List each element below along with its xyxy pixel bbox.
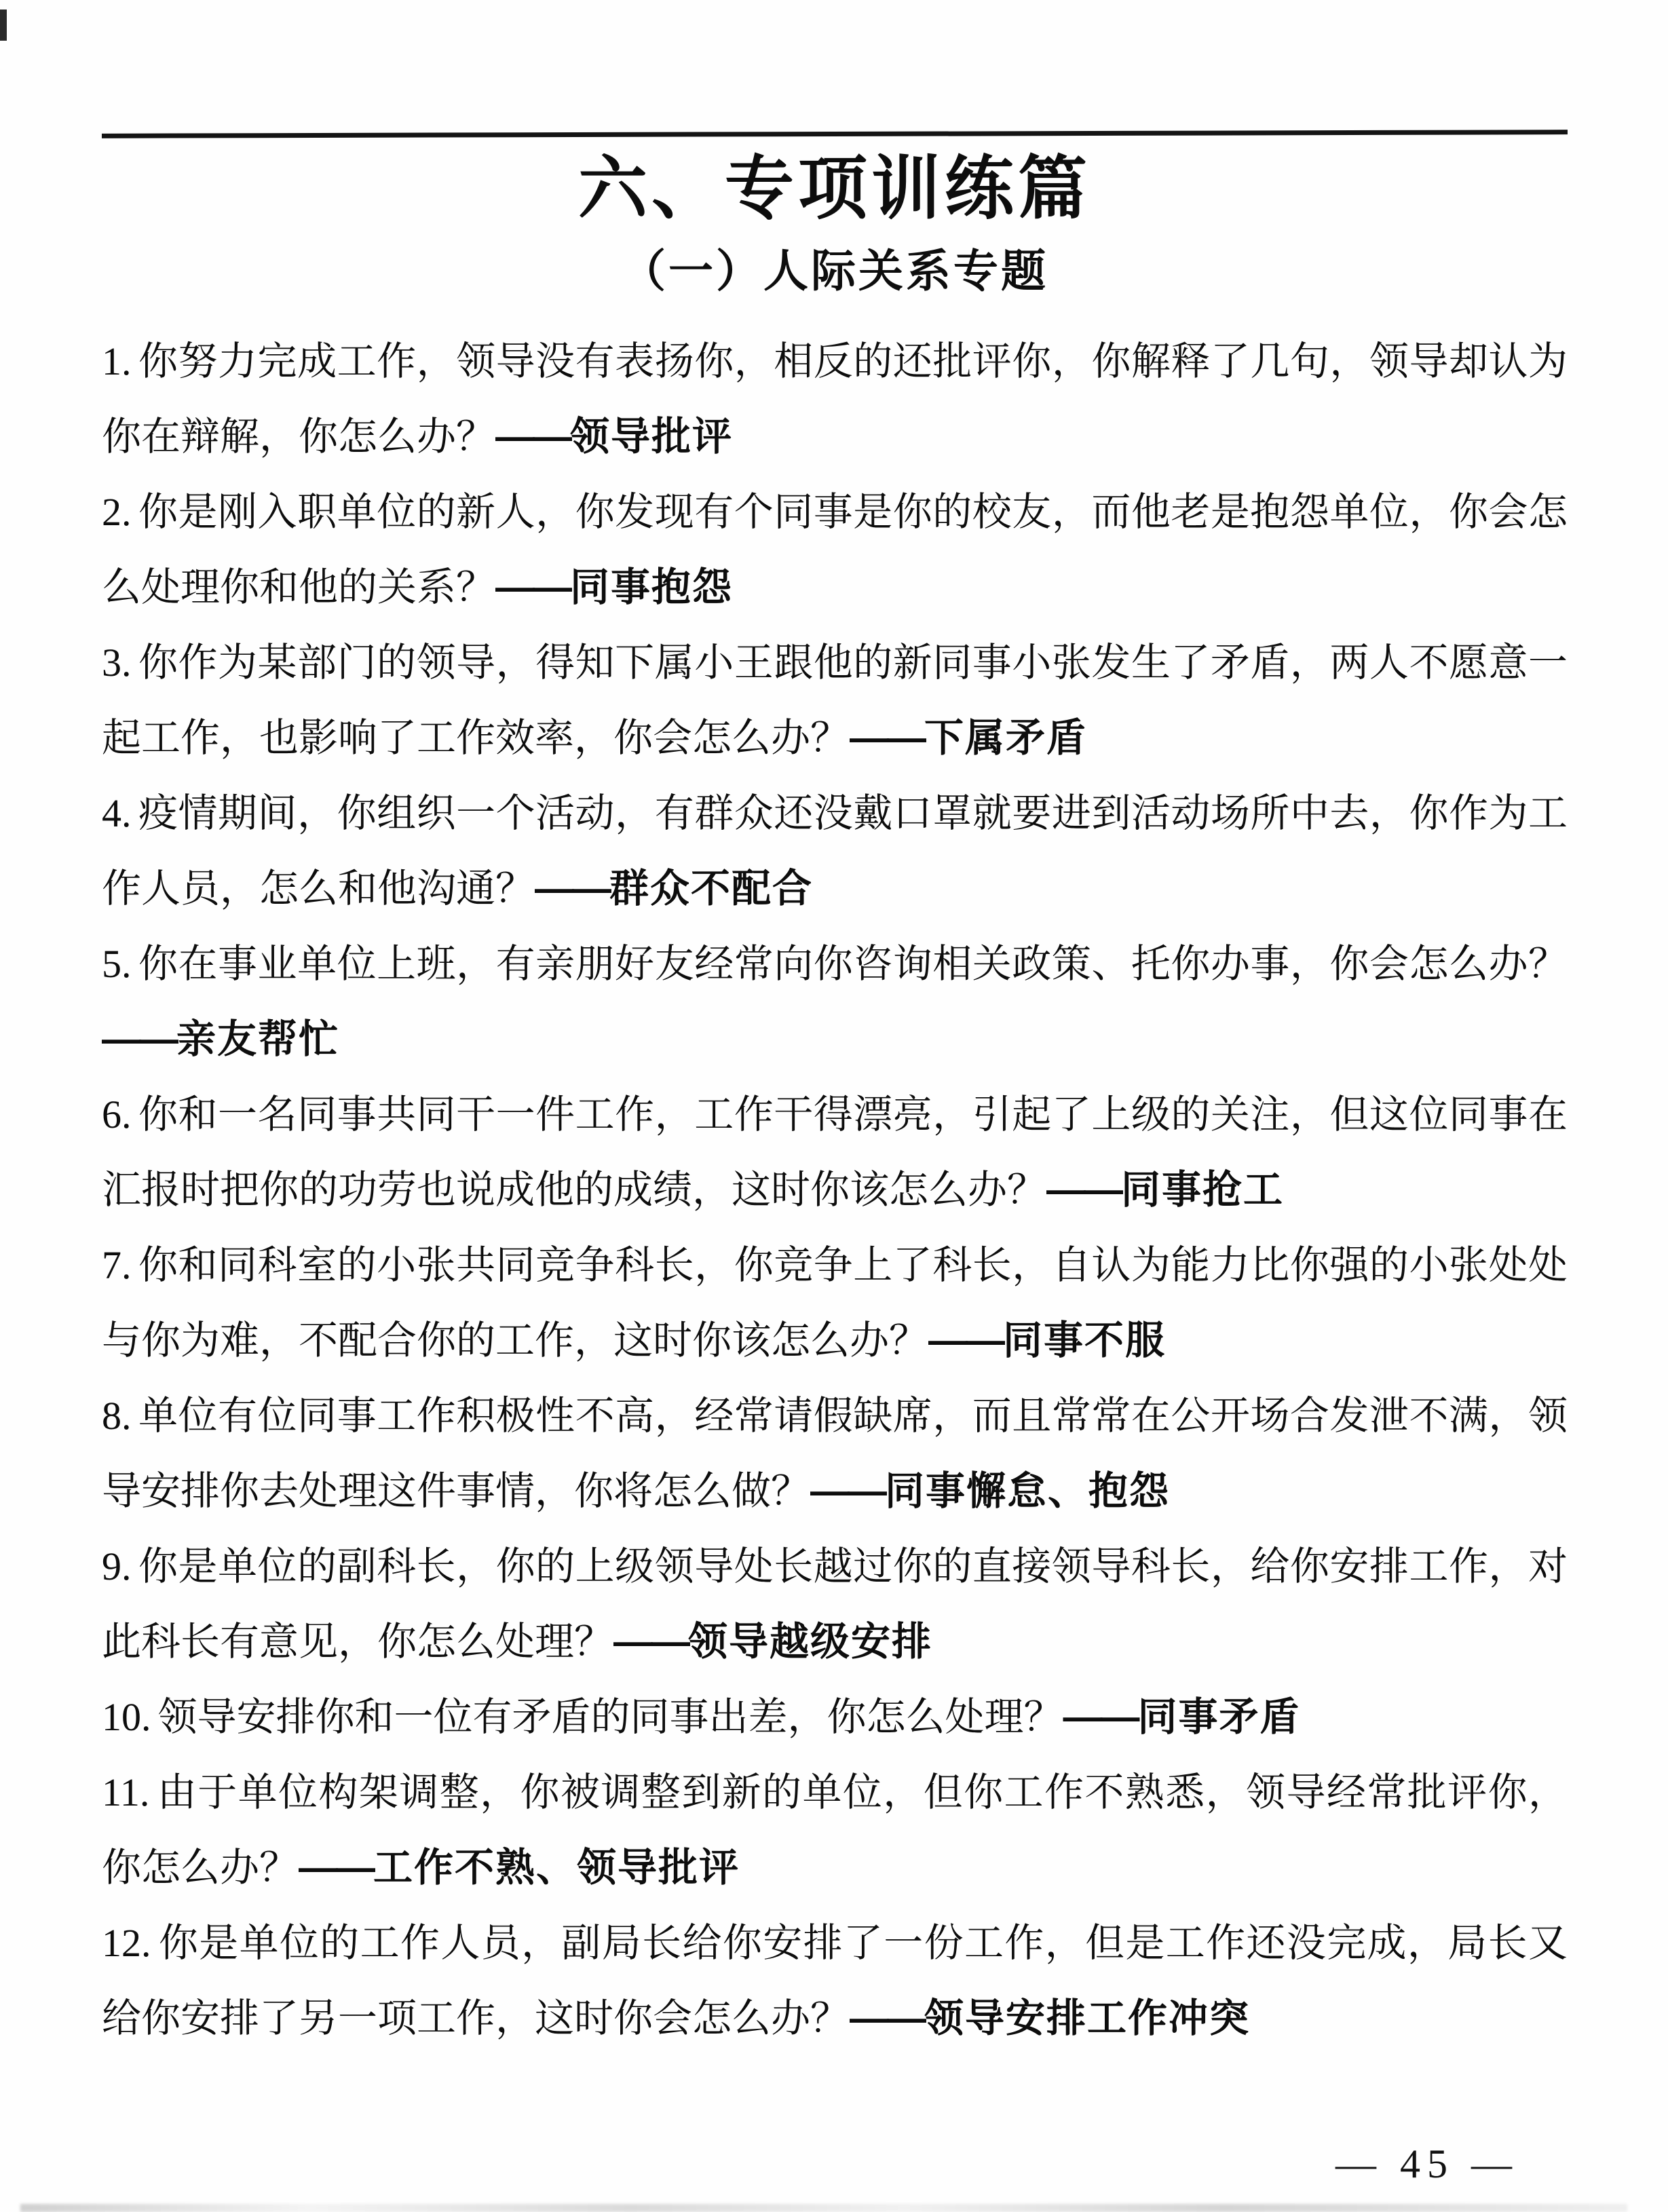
question-item: 11.由于单位构架调整，你被调整到新的单位，但你工作不熟悉，领导经常批评你，你怎… bbox=[102, 1755, 1568, 1905]
question-item: 3.你作为某部门的领导，得知下属小王跟他的新同事小张发生了矛盾，两人不愿意一起工… bbox=[102, 625, 1568, 776]
question-item: 2.你是刚入职单位的新人，你发现有个同事是你的校友，而他老是抱怨单位，你会怎么处… bbox=[102, 474, 1568, 625]
question-text: 疫情期间，你组织一个活动，有群众还没戴口罩就要进到活动场所中去，你作为工作人员，… bbox=[102, 791, 1568, 911]
question-tag: 下属矛盾 bbox=[924, 716, 1087, 760]
question-tag-group: ——领导安排工作冲突 bbox=[850, 1996, 1250, 2040]
dash-separator: —— bbox=[810, 1469, 885, 1513]
page-subtitle: （一）人际关系专题 bbox=[102, 246, 1568, 298]
question-tag-group: ——群众不配合 bbox=[535, 866, 813, 911]
question-text: 你作为某部门的领导，得知下属小王跟他的新同事小张发生了矛盾，两人不愿意一起工作，… bbox=[102, 641, 1568, 760]
dash-separator: —— bbox=[495, 565, 570, 609]
page-content: 六、专项训练篇 （一）人际关系专题 1.你努力完成工作，领导没有表扬你，相反的还… bbox=[102, 0, 1568, 2056]
question-text: 你是刚入职单位的新人，你发现有个同事是你的校友，而他老是抱怨单位，你会怎么处理你… bbox=[102, 490, 1568, 609]
question-tag: 同事不服 bbox=[1003, 1318, 1166, 1362]
question-tag-group: ——同事抢工 bbox=[1046, 1168, 1284, 1212]
dash-separator: —— bbox=[495, 415, 570, 459]
question-text: 你在事业单位上班，有亲朋好友经常向你咨询相关政策、托你办事，你会怎么办？ bbox=[138, 942, 1568, 986]
question-number: 8. bbox=[102, 1394, 132, 1438]
dash-separator: —— bbox=[102, 1017, 176, 1061]
question-number: 3. bbox=[102, 641, 132, 685]
question-tag-group: ——工作不熟、领导批评 bbox=[299, 1846, 740, 1890]
question-number: 11. bbox=[102, 1770, 149, 1814]
dash-separator: —— bbox=[850, 1996, 924, 2040]
dash-separator: —— bbox=[535, 866, 609, 911]
dash-separator: —— bbox=[299, 1846, 373, 1890]
question-tag-group: ——同事矛盾 bbox=[1063, 1695, 1301, 1739]
question-tag: 同事抢工 bbox=[1121, 1168, 1284, 1212]
dash-separator: —— bbox=[928, 1318, 1003, 1362]
question-list: 1.你努力完成工作，领导没有表扬你，相反的还批评你，你解释了几句，领导却认为你在… bbox=[102, 324, 1568, 2056]
header-rule bbox=[102, 130, 1568, 138]
question-tag: 群众不配合 bbox=[609, 866, 813, 911]
question-tag-group: ——下属矛盾 bbox=[850, 716, 1087, 760]
question-text: 你是单位的工作人员，副局长给你安排了一份工作，但是工作还没完成，局长又给你安排了… bbox=[102, 1921, 1568, 2040]
question-item: 8.单位有位同事工作积极性不高，经常请假缺席，而且常常在公开场合发泄不满，领导安… bbox=[102, 1378, 1568, 1529]
question-tag-group: ——同事懈怠、抱怨 bbox=[810, 1469, 1170, 1513]
dash-separator: —— bbox=[613, 1620, 688, 1664]
question-item: 4.疫情期间，你组织一个活动，有群众还没戴口罩就要进到活动场所中去，你作为工作人… bbox=[102, 776, 1568, 926]
question-tag: 亲友帮忙 bbox=[176, 1017, 339, 1061]
question-tag: 领导越级安排 bbox=[688, 1620, 932, 1664]
dash-separator: —— bbox=[1046, 1168, 1121, 1212]
question-tag: 领导安排工作冲突 bbox=[924, 1996, 1250, 2040]
question-text: 你和同科室的小张共同竞争科长，你竞争上了科长，自认为能力比你强的小张处处与你为难… bbox=[102, 1243, 1568, 1362]
document-page: 六、专项训练篇 （一）人际关系专题 1.你努力完成工作，领导没有表扬你，相反的还… bbox=[0, 0, 1668, 2212]
dash-separator: —— bbox=[850, 716, 924, 760]
question-number: 5. bbox=[102, 942, 132, 986]
page-title: 六、专项训练篇 bbox=[102, 151, 1568, 229]
dash-separator: —— bbox=[1063, 1695, 1138, 1739]
question-tag: 工作不熟、领导批评 bbox=[373, 1846, 740, 1890]
question-item: 6.你和一名同事共同干一件工作，工作干得漂亮，引起了上级的关注，但这位同事在汇报… bbox=[102, 1077, 1568, 1227]
question-tag-group: ——同事不服 bbox=[928, 1318, 1166, 1362]
question-tag-group: ——领导批评 bbox=[495, 415, 733, 459]
question-number: 6. bbox=[102, 1092, 132, 1137]
question-number: 2. bbox=[102, 490, 132, 534]
question-number: 10. bbox=[102, 1695, 151, 1739]
question-number: 12. bbox=[102, 1921, 151, 1965]
question-tag-group: ——同事抱怨 bbox=[495, 565, 733, 609]
question-item: 5.你在事业单位上班，有亲朋好友经常向你咨询相关政策、托你办事，你会怎么办？——… bbox=[102, 926, 1568, 1077]
question-number: 7. bbox=[102, 1243, 132, 1287]
question-tag-group: ——亲友帮忙 bbox=[102, 1017, 339, 1061]
question-number: 1. bbox=[102, 339, 132, 383]
question-tag: 同事抱怨 bbox=[570, 565, 733, 609]
question-tag-group: ——领导越级安排 bbox=[613, 1620, 932, 1664]
question-item: 10.领导安排你和一位有矛盾的同事出差，你怎么处理？——同事矛盾 bbox=[102, 1679, 1568, 1755]
question-item: 7.你和同科室的小张共同竞争科长，你竞争上了科长，自认为能力比你强的小张处处与你… bbox=[102, 1227, 1568, 1378]
question-tag: 同事懈怠、抱怨 bbox=[885, 1469, 1170, 1513]
question-item: 12.你是单位的工作人员，副局长给你安排了一份工作，但是工作还没完成，局长又给你… bbox=[102, 1905, 1568, 2056]
question-number: 9. bbox=[102, 1544, 132, 1588]
question-item: 9.你是单位的副科长，你的上级领导处长越过你的直接领导科长，给你安排工作，对此科… bbox=[102, 1529, 1568, 1679]
page-number: — 45 — bbox=[1335, 2141, 1519, 2188]
scan-corner-mark bbox=[0, 9, 7, 41]
question-item: 1.你努力完成工作，领导没有表扬你，相反的还批评你，你解释了几句，领导却认为你在… bbox=[102, 324, 1568, 474]
scan-bottom-smudge bbox=[20, 2204, 1627, 2212]
question-number: 4. bbox=[102, 791, 132, 835]
question-tag: 同事矛盾 bbox=[1138, 1695, 1301, 1739]
question-tag: 领导批评 bbox=[570, 415, 733, 459]
question-text: 你和一名同事共同干一件工作，工作干得漂亮，引起了上级的关注，但这位同事在汇报时把… bbox=[102, 1092, 1568, 1212]
question-text: 你努力完成工作，领导没有表扬你，相反的还批评你，你解释了几句，领导却认为你在辩解… bbox=[102, 339, 1568, 459]
question-text: 领导安排你和一位有矛盾的同事出差，你怎么处理？ bbox=[158, 1695, 1063, 1739]
